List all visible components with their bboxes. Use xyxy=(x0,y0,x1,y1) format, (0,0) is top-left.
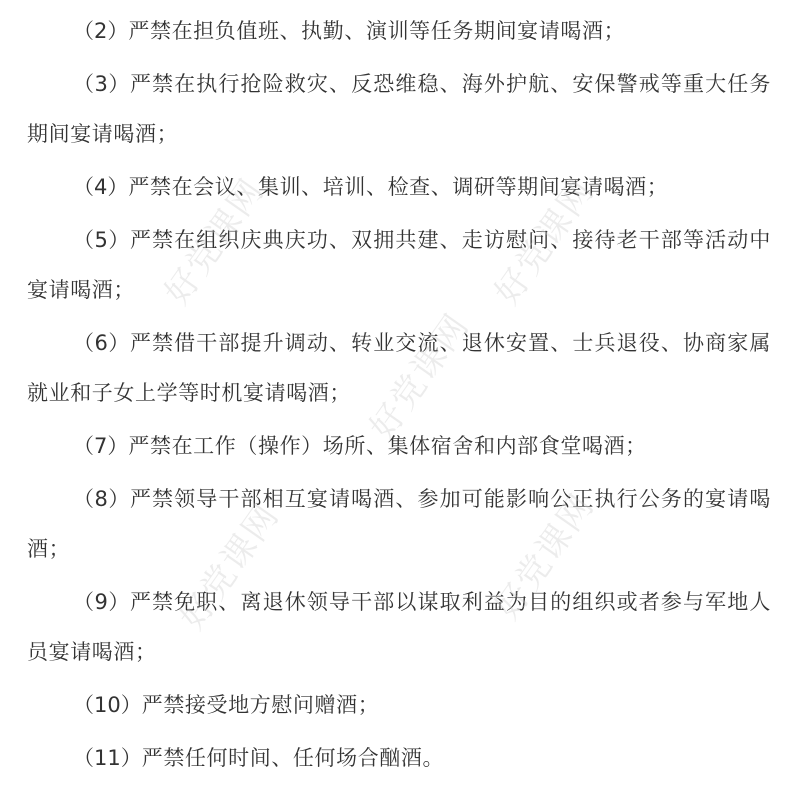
item-number: （2） xyxy=(73,19,128,43)
rule-item-9: （9）严禁免职、离退休领导干部以谋取利益为目的组织或者参与军地人员宴请喝酒； xyxy=(27,577,771,677)
item-number: （4） xyxy=(73,175,128,199)
item-text: 严禁领导干部相互宴请喝酒、参加可能影响公正执行公务的宴请喝酒； xyxy=(27,487,771,561)
rule-item-10: （10）严禁接受地方慰问赠酒； xyxy=(27,680,771,730)
rule-item-2: （2）严禁在担负值班、执勤、演训等任务期间宴请喝酒； xyxy=(27,6,771,56)
rule-item-3: （3）严禁在执行抢险救灾、反恐维稳、海外护航、安保警戒等重大任务期间宴请喝酒； xyxy=(27,59,771,159)
item-text: 严禁免职、离退休领导干部以谋取利益为目的组织或者参与军地人员宴请喝酒； xyxy=(27,590,771,664)
item-number: （5） xyxy=(73,228,130,252)
rule-item-8: （8）严禁领导干部相互宴请喝酒、参加可能影响公正执行公务的宴请喝酒； xyxy=(27,474,771,574)
item-number: （10） xyxy=(73,693,142,717)
item-number: （9） xyxy=(73,590,130,614)
item-number: （8） xyxy=(73,487,130,511)
rule-item-11: （11）严禁任何时间、任何场合酗酒。 xyxy=(27,733,771,783)
item-number: （11） xyxy=(73,746,142,770)
item-text: 严禁任何时间、任何场合酗酒。 xyxy=(142,746,444,770)
item-text: 严禁在担负值班、执勤、演训等任务期间宴请喝酒； xyxy=(128,19,625,43)
item-number: （3） xyxy=(73,72,130,96)
item-number: （6） xyxy=(73,331,130,355)
document-body: （2）严禁在担负值班、执勤、演训等任务期间宴请喝酒； （3）严禁在执行抢险救灾、… xyxy=(27,6,771,786)
item-text: 严禁在组织庆典庆功、双拥共建、走访慰问、接待老干部等活动中宴请喝酒； xyxy=(27,228,771,302)
item-text: 严禁借干部提升调动、转业交流、退休安置、士兵退役、协商家属就业和子女上学等时机宴… xyxy=(27,331,771,405)
rule-item-5: （5）严禁在组织庆典庆功、双拥共建、走访慰问、接待老干部等活动中宴请喝酒； xyxy=(27,215,771,315)
rule-item-6: （6）严禁借干部提升调动、转业交流、退休安置、士兵退役、协商家属就业和子女上学等… xyxy=(27,318,771,418)
rule-item-4: （4）严禁在会议、集训、培训、检查、调研等期间宴请喝酒； xyxy=(27,162,771,212)
rule-item-7: （7）严禁在工作（操作）场所、集体宿舍和内部食堂喝酒； xyxy=(27,421,771,471)
item-text: 严禁在工作（操作）场所、集体宿舍和内部食堂喝酒； xyxy=(128,434,646,458)
item-number: （7） xyxy=(73,434,128,458)
item-text: 严禁在执行抢险救灾、反恐维稳、海外护航、安保警戒等重大任务期间宴请喝酒； xyxy=(27,72,771,146)
item-text: 严禁接受地方慰问赠酒； xyxy=(142,693,380,717)
item-text: 严禁在会议、集训、培训、检查、调研等期间宴请喝酒； xyxy=(128,175,668,199)
